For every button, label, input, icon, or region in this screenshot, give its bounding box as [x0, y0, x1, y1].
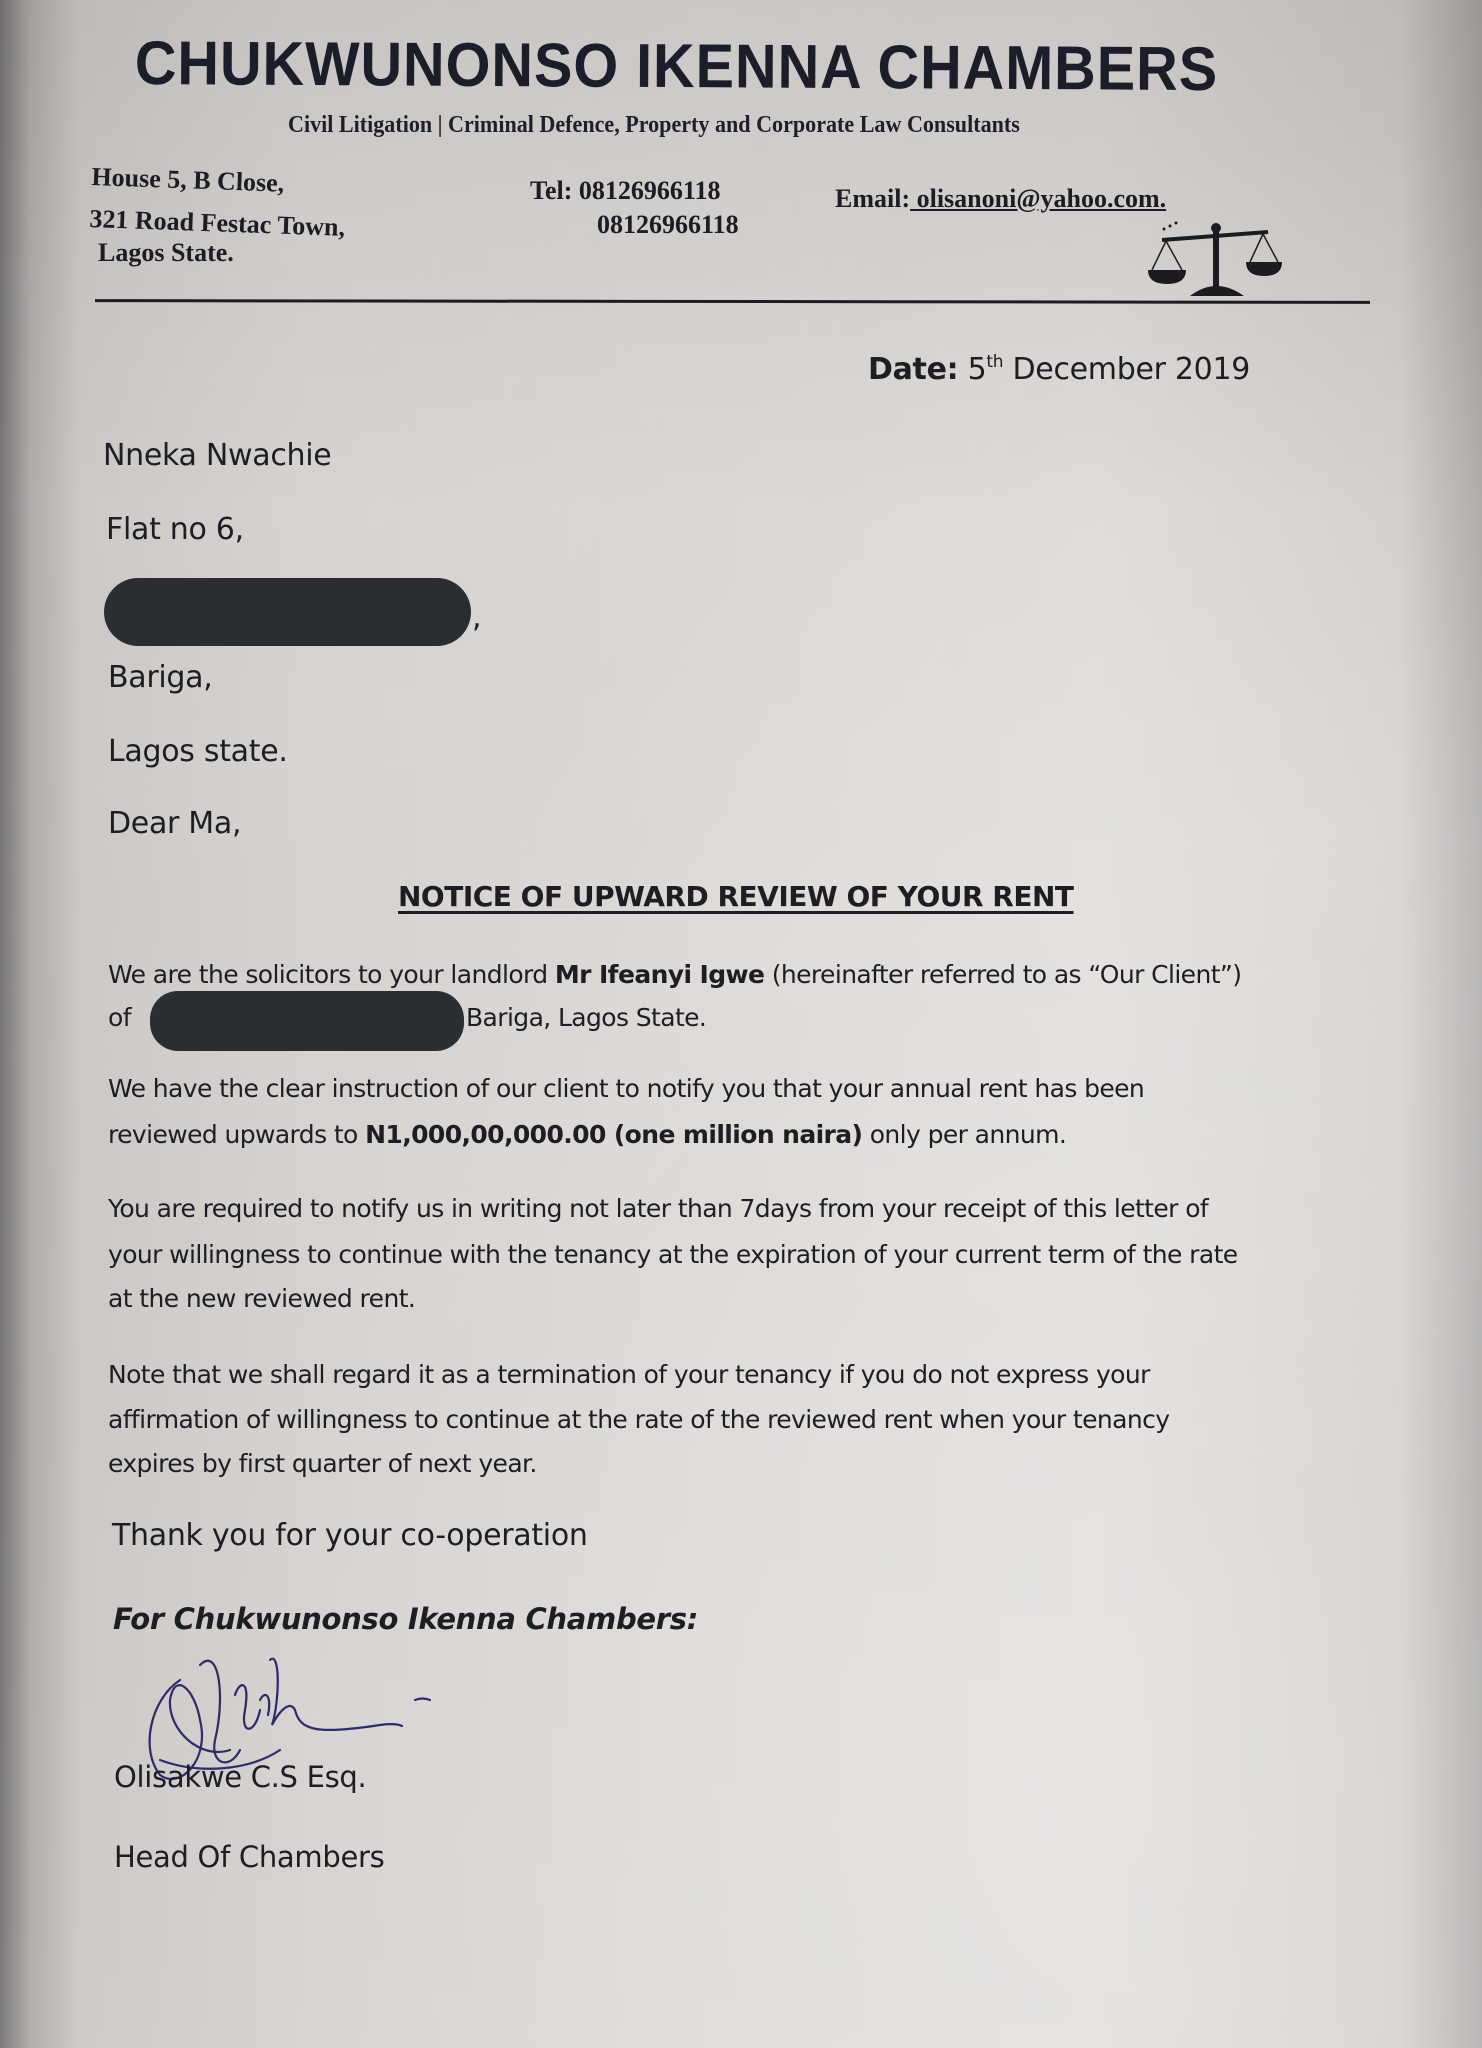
paragraph-1-line-2-post: Bariga, Lagos State.	[466, 1003, 706, 1032]
new-rent-amount: N1,000,00,000.00 (one million naira)	[365, 1120, 862, 1149]
recipient-address-line-2: Flat no 6,	[106, 512, 244, 547]
firm-telephone-2: 08126966118	[597, 210, 739, 240]
p2-text-post: only per annum.	[862, 1120, 1066, 1149]
paragraph-4-line-3: expires by first quarter of next year.	[108, 1449, 537, 1478]
scales-of-justice-icon	[1148, 220, 1288, 300]
recipient-name: Nneka Nwachie	[103, 438, 331, 473]
tel-label: Tel:	[530, 176, 572, 205]
firm-name: CHUKWUNONSO IKENNA CHAMBERS	[135, 28, 1219, 105]
salutation: Dear Ma,	[108, 806, 241, 841]
paragraph-4-line-1: Note that we shall regard it as a termin…	[108, 1360, 1150, 1389]
email-address: olisanoni@yahoo.com.	[910, 184, 1166, 213]
recipient-address-line-4: Bariga,	[108, 660, 213, 695]
paragraph-3-line-1: You are required to notify us in writing…	[108, 1194, 1208, 1223]
p1-text: We are the solicitors to your landlord	[108, 960, 555, 989]
signer-title: Head Of Chambers	[114, 1840, 384, 1874]
firm-address-line-3: Lagos State.	[98, 238, 234, 268]
date-label: Date:	[868, 352, 958, 387]
firm-email: Email: olisanoni@yahoo.com.	[835, 184, 1166, 214]
recipient-address-line-3-suffix: ,	[472, 600, 481, 635]
redaction-block	[150, 991, 464, 1051]
paragraph-3-line-3: at the new reviewed rent.	[108, 1284, 415, 1313]
paragraph-1-line-1: We are the solicitors to your landlord M…	[108, 960, 1241, 989]
firm-tagline: Civil Litigation | Criminal Defence, Pro…	[288, 112, 1020, 139]
p2-text: reviewed upwards to	[108, 1120, 365, 1149]
p1-text-post: (hereinafter referred to as “Our Client”…	[764, 960, 1241, 989]
redaction-block	[104, 578, 471, 646]
paragraph-1-line-2: of	[108, 1003, 131, 1032]
tel-number-1: 08126966118	[579, 176, 721, 205]
paragraph-2-line-1: We have the clear instruction of our cli…	[108, 1074, 1144, 1103]
closing-signoff: For Chukwunonso Ikenna Chambers:	[113, 1602, 698, 1636]
signer-name: Olisakwe C.S Esq.	[114, 1760, 366, 1794]
date-day: 5	[968, 352, 987, 387]
email-label: Email:	[835, 184, 910, 213]
firm-telephone-1: Tel: 08126966118	[530, 176, 720, 206]
recipient-address-line-5: Lagos state.	[108, 734, 288, 769]
letter-date: Date: 5th December 2019	[868, 352, 1250, 387]
paragraph-4-line-2: affirmation of willingness to continue a…	[108, 1405, 1169, 1434]
letter-subject: NOTICE OF UPWARD REVIEW OF YOUR RENT	[398, 880, 1074, 913]
date-month-year: December 2019	[1012, 352, 1250, 387]
date-day-suffix: th	[986, 352, 1003, 372]
landlord-name: Mr Ifeanyi Igwe	[555, 960, 765, 989]
closing-thanks: Thank you for your co-operation	[112, 1518, 588, 1553]
paragraph-3-line-2: your willingness to continue with the te…	[108, 1240, 1238, 1269]
paragraph-2-line-2: reviewed upwards to N1,000,00,000.00 (on…	[108, 1120, 1066, 1149]
